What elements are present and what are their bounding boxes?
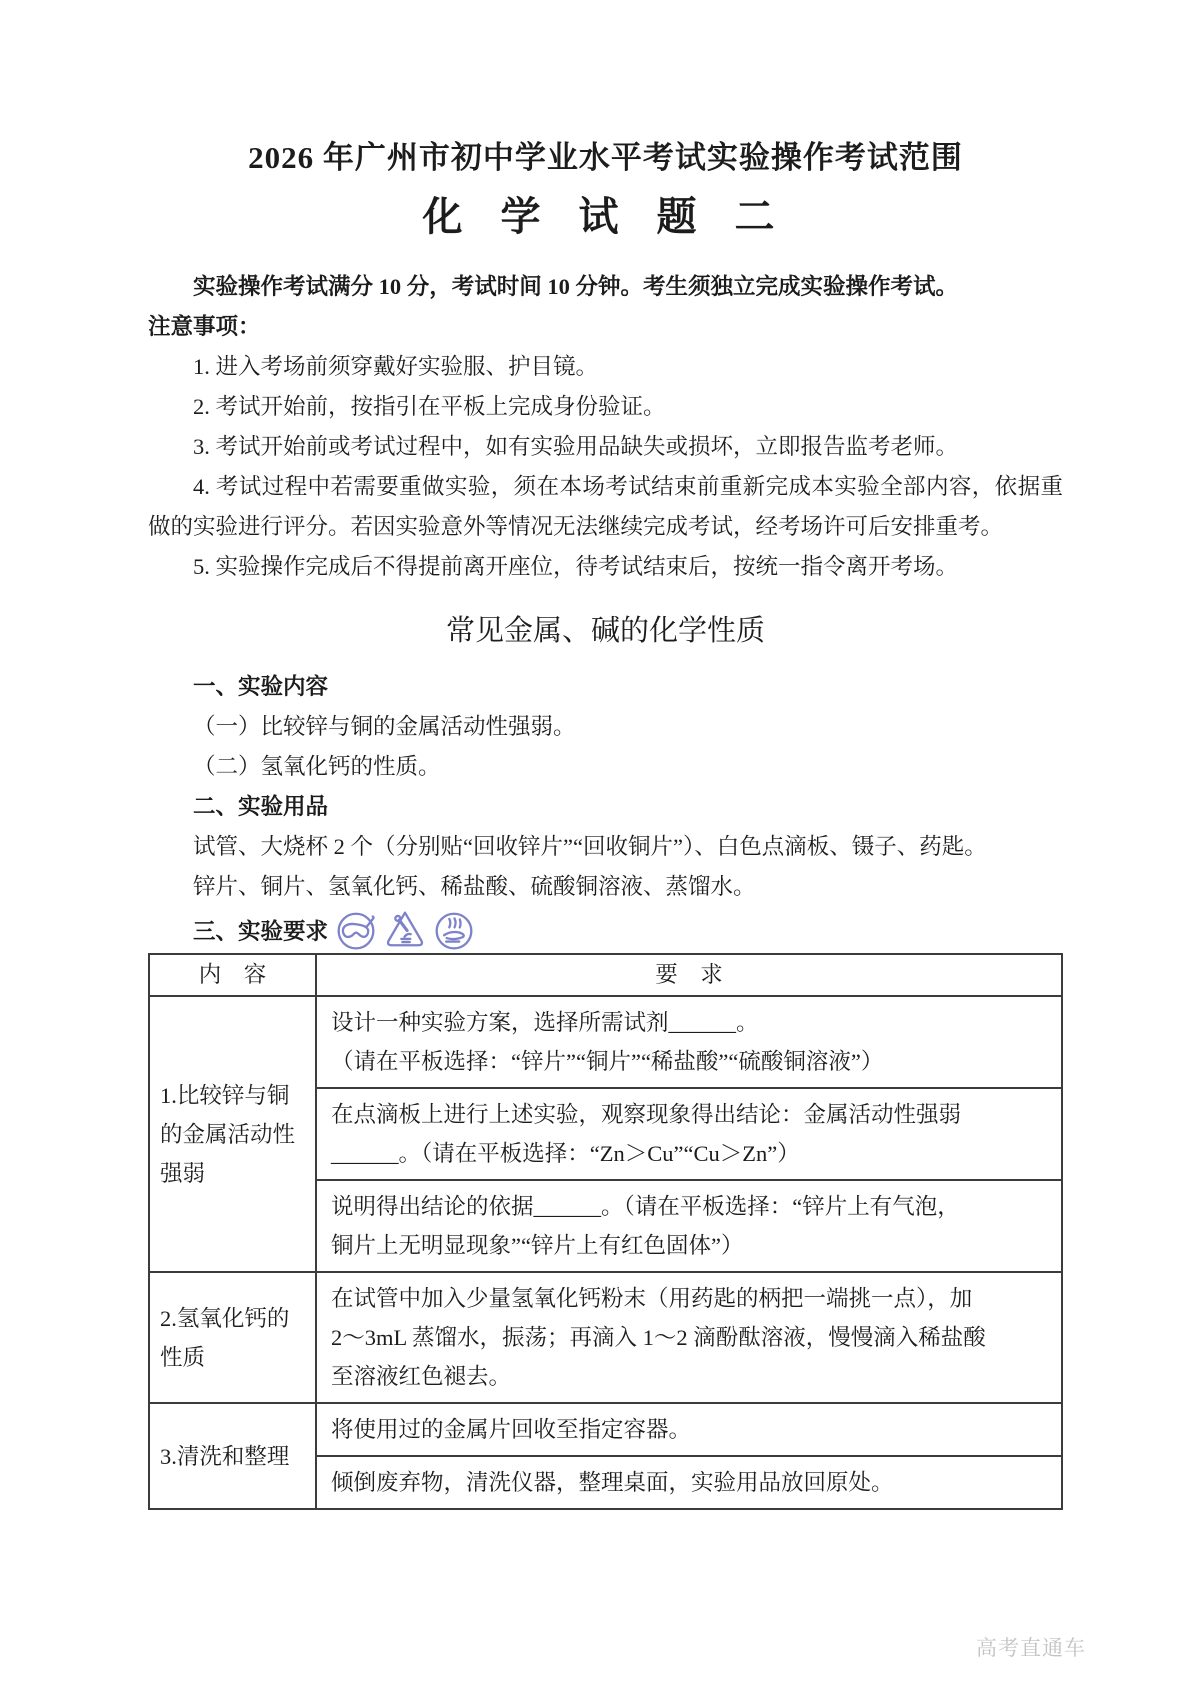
requirement-cell-3b: 倾倒废弃物，清洗仪器，整理桌面，实验用品放回原处。 <box>316 1456 1062 1509</box>
handle-with-care-icon <box>384 909 426 951</box>
wash-hands-icon <box>433 909 475 951</box>
table-row: 3.清洗和整理 将使用过的金属片回收至指定容器。 <box>149 1403 1062 1456</box>
section3-heading-row: 三、实验要求 <box>148 907 1063 953</box>
document-content: 2026 年广州市初中学业水平考试实验操作考试范围 化 学 试 题 二 实验操作… <box>148 136 1063 1510</box>
note-item-4: 4. 考试过程中若需要重做实验，须在本场考试结束前重新完成本实验全部内容，依据重… <box>148 467 1063 547</box>
section1-heading: 一、实验内容 <box>148 667 1063 707</box>
page-title: 2026 年广州市初中学业水平考试实验操作考试范围 <box>148 136 1063 179</box>
requirement-cell-1b: 在点滴板上进行上述实验，观察现象得出结论：金属活动性强弱 ______。（请在平… <box>316 1088 1062 1180</box>
goggles-icon <box>335 909 377 951</box>
exam-summary: 实验操作考试满分 10 分，考试时间 10 分钟。考生须独立完成实验操作考试。 <box>148 267 1063 307</box>
note-item-2: 2. 考试开始前，按指引在平板上完成身份验证。 <box>148 387 1063 427</box>
content-cell-2: 2.氢氧化钙的性质 <box>149 1272 316 1403</box>
supplies-paragraph-1: 试管、大烧杯 2 个（分别贴“回收锌片”“回收铜片”）、白色点滴板、镊子、药匙。 <box>148 827 1063 867</box>
requirement-cell-3a: 将使用过的金属片回收至指定容器。 <box>316 1403 1062 1456</box>
document-page: 2026 年广州市初中学业水平考试实验操作考试范围 化 学 试 题 二 实验操作… <box>0 0 1190 1683</box>
table-header-content: 内 容 <box>149 954 316 996</box>
paper-title: 化 学 试 题 二 <box>148 189 1063 245</box>
supplies-paragraph-2: 锌片、铜片、氢氧化钙、稀盐酸、硫酸铜溶液、蒸馏水。 <box>148 867 1063 907</box>
requirement-cell-1a: 设计一种实验方案，选择所需试剂______。 （请在平板选择：“锌片”“铜片”“… <box>316 996 1062 1088</box>
requirements-table: 内 容 要 求 1.比较锌与铜的金属活动性强弱 设计一种实验方案，选择所需试剂_… <box>148 953 1063 1510</box>
notes-heading: 注意事项： <box>148 307 1063 347</box>
table-header-requirement: 要 求 <box>316 954 1062 996</box>
table-header-row: 内 容 要 求 <box>149 954 1062 996</box>
table-row: 2.氢氧化钙的性质 在试管中加入少量氢氧化钙粉末（用药匙的柄把一端挑一点），加 … <box>149 1272 1062 1403</box>
section2-heading: 二、实验用品 <box>148 787 1063 827</box>
experiment-content-item-2: （二）氢氧化钙的性质。 <box>148 747 1063 787</box>
watermark: 高考直通车 <box>976 1632 1086 1662</box>
content-cell-1: 1.比较锌与铜的金属活动性强弱 <box>149 996 316 1272</box>
note-item-1: 1. 进入考场前须穿戴好实验服、护目镜。 <box>148 347 1063 387</box>
note-item-3: 3. 考试开始前或考试过程中，如有实验用品缺失或损坏，立即报告监考老师。 <box>148 427 1063 467</box>
note-item-5: 5. 实验操作完成后不得提前离开座位，待考试结束后，按统一指令离开考场。 <box>148 547 1063 587</box>
experiment-content-item-1: （一）比较锌与铜的金属活动性强弱。 <box>148 707 1063 747</box>
table-row: 1.比较锌与铜的金属活动性强弱 设计一种实验方案，选择所需试剂______。 （… <box>149 996 1062 1088</box>
requirement-cell-2: 在试管中加入少量氢氧化钙粉末（用药匙的柄把一端挑一点），加 2～3mL 蒸馏水，… <box>316 1272 1062 1403</box>
experiment-title: 常见金属、碱的化学性质 <box>148 609 1063 653</box>
requirement-cell-1c: 说明得出结论的依据______。（请在平板选择：“锌片上有气泡， 铜片上无明显现… <box>316 1180 1062 1272</box>
content-cell-3: 3.清洗和整理 <box>149 1403 316 1509</box>
section3-heading: 三、实验要求 <box>193 914 328 946</box>
